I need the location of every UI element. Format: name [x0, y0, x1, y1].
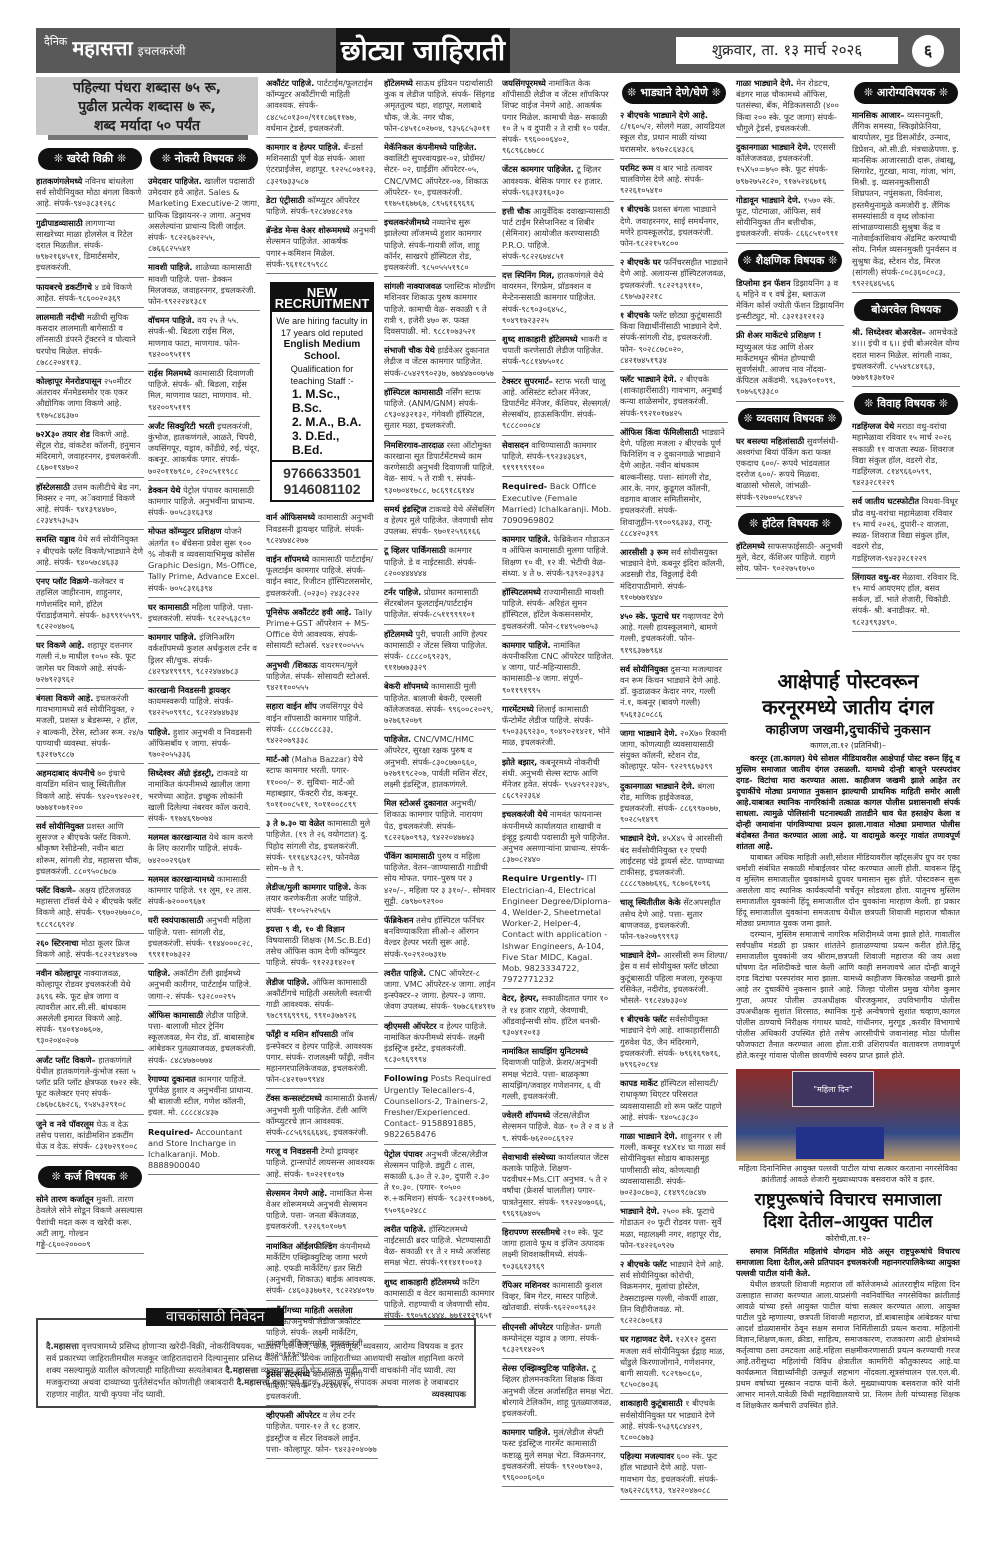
- ad-lead: डिप्लोमा इन फॅशन: [736, 278, 791, 288]
- classified-ad: घरी स्वयंपाकासाठी अनुभवी महिला पाहिजे. प…: [148, 913, 260, 964]
- classified-ad: फायबरचे डकटींगचे ४ डबे विकणे आहेत. संपर्…: [36, 280, 144, 308]
- ad-text: खालील पदासाठी उमेदवार हवे आहेत. Sales & …: [148, 176, 260, 253]
- section-header-shaikshanik: ❊ शैक्षणिक विषयक ❊: [738, 250, 842, 272]
- ad-lead: अनुभवी /शिकाऊ: [266, 660, 318, 670]
- classified-ad: सेल्समन नेमणे आहे. नामांकित मेन्स वेअर श…: [266, 1186, 378, 1237]
- classified-ad: लिंगायत वधु-वर मेळावा. रविवार दि. १५ मार…: [852, 570, 960, 632]
- column-7: गाळा भाड्याने देणे. मेन रोडटच, बंडगर माळ…: [736, 76, 844, 581]
- ad-lead: जुने व नवे पॉवरलूम: [36, 1119, 94, 1129]
- ad-lead: पेट्रोल पंपावर: [384, 1149, 423, 1159]
- ad-lead: वॉचमन पाहिजे.: [148, 315, 195, 325]
- ad-lead: शुध्द शाकाहारी हॉटेलमध्ये: [384, 1277, 460, 1287]
- ad-lead: सर्व सोयीनियुक्त: [620, 664, 668, 674]
- classified-ad: आरसीसी ३ रूम सर्व सोयीसयुक्त भाड्याने दे…: [620, 545, 728, 607]
- classified-ad: पेट्रोल पंपावर अनुभवी जेंटस/लेडीज सेल्सम…: [384, 1147, 496, 1220]
- ad-lead: २ बीएचके घर: [620, 257, 661, 267]
- classified-ad: घर विकणे आहे. शहापूर दत्तनगर गल्ली नं.७ …: [36, 638, 144, 689]
- classified-ad: अर्जंट सिक्युरिटी भरती इचलकरंजी, कुंभोज,…: [148, 419, 260, 481]
- section-header-kharedi: ❊ खरेदी विक्री ❊: [38, 148, 142, 170]
- classified-ad: समर्थ इंडस्ट्रिज टाकवडे येथे अ‍ॅसेंबलिंग…: [384, 502, 496, 542]
- ad-lead: १ बीएचके: [620, 204, 650, 214]
- headline: आक्षेपार्ह पोस्टवरून: [736, 668, 960, 694]
- ad-lead: कामगार व हेल्पर पाहिजे.: [266, 142, 341, 152]
- section-header-bhadyane: ❊ भाड्याने देणे/घेणे ❊: [622, 82, 726, 104]
- ad-lead: टॅक्स कन्सल्टंटमध्ये: [266, 1093, 322, 1103]
- ad-text: भाड्याने देणे. पहिला मजला २ बीएचके पूर्ण…: [620, 427, 725, 538]
- classified-ad: मार्ट-ओ (Maha Bazzar) येथे स्टाफ कामगार …: [266, 752, 378, 814]
- classified-ad: शुध्द शाकाहारी हॉटेलमध्ये भाकरी व चपाती …: [502, 332, 614, 372]
- classified-ad: टेक्स्टर सुपरमार्ट– स्टाफ भरती चालू आहे.…: [502, 374, 614, 436]
- readers-notice: वाचकांसाठी निवेदन दै.महासत्ता वृत्तपत्रा…: [36, 1318, 476, 1408]
- rate-line: पुढील प्रत्येक शब्दास ७ रू,: [36, 98, 258, 117]
- ad-lead: भाड्याने देणे.: [620, 833, 660, 843]
- classified-ad: ऑफिस कामासाठी लेडीज पाहिजे. पत्ता- बालाज…: [148, 1008, 260, 1070]
- ad-lead: लेडीज/मुली कामगार पाहिजे.: [266, 882, 351, 892]
- ad-text: व्यसनमुक्ती, लैंगिक समस्या, स्किझोफ्रेनि…: [852, 110, 959, 288]
- ad-lead: गाळा भाड्याने देणे.: [620, 1131, 678, 1141]
- ad-lead: १ बीएचके फ्लॅट: [620, 1014, 667, 1024]
- headline: करनूरमध्ये जातीय दंगल: [736, 694, 960, 720]
- classified-ad: दुकानगाळा भाड्याने देणे. एएससी कॉलेजजवळ,…: [736, 140, 844, 191]
- ad-lead: दुकानगाळा भाड्याने देणे.: [620, 781, 695, 791]
- ad-lead: सहारा वाईन शॉप: [266, 701, 317, 711]
- ad-lead: सीएनसी ऑपरेटर: [502, 1322, 553, 1332]
- ad-lead: लेडीज पाहिजे.: [266, 977, 309, 987]
- classified-ad: १ बीएचके प्रशस्त बंगला भाड्याने देणे. जव…: [620, 202, 728, 253]
- classified-ad: गाळा भाड्याने देणे. शाहूनगर १ ली गल्ली, …: [620, 1129, 728, 1202]
- ad-lead: घर बसल्या महिलांसाठी: [736, 436, 804, 446]
- ad-lead: लालमाती नदीची: [36, 312, 84, 322]
- column-kharedi-vikri: ❊ खरेदी विक्री ❊ हातकणंगलेमध्ये नविनच बा…: [36, 142, 144, 1256]
- classified-ad: परमिट रूम व बार भाडे तत्वावर चालविणेस दे…: [620, 161, 728, 201]
- classified-ad: इचलकरंजीमध्ये नव्यानेच सुरू झालेल्या लॉज…: [384, 215, 496, 277]
- ad-lead: ७२X३० तयार शेड: [36, 429, 90, 439]
- ad-lead: पूनिसेफ अकौंटटंट हवी आहे.: [266, 607, 352, 617]
- photo-table: [796, 1127, 884, 1159]
- section-header-karja: ❊ कर्ज विषयक ❊: [38, 1166, 142, 1188]
- classified-ad: मावशी पाहिजे. शाळेच्या कामासाठी मावशी पा…: [148, 260, 260, 311]
- ad-lead: कोल्हापूर मेनरोडपासून: [36, 376, 101, 386]
- ad-lead: ऑफिस कामासाठी: [148, 1010, 203, 1020]
- ad-lead: परमिट रूम: [620, 163, 653, 173]
- ad-lead: गारमेंटमध्ये: [502, 704, 534, 714]
- classified-ad: अहमदाबाद कंपनीचे ७० इंचाचे वायडिंग मशिन …: [36, 766, 144, 817]
- ad-lead: पहिल्या मजल्यावर: [620, 1451, 674, 1461]
- classified-ad: ४५० स्के. फूटाचे घर गव्हाणवट देणे आहे. ग…: [620, 609, 728, 660]
- ad-lead: टर्नर पाहिजे.: [384, 587, 421, 597]
- classified-ad: रॅपिअर मशिनवर कामासाठी कुशल विव्हर, बिम …: [502, 1278, 614, 1318]
- brand-name: महासत्ता: [72, 36, 132, 60]
- ad-rate-box: पहिल्या पंधरा शब्दास ७५ रू, पुढील प्रत्य…: [36, 77, 258, 135]
- classified-ad: सिध्देश्वर ॲग्रो इंडस्ट्री, टाकवडे या ना…: [148, 766, 260, 828]
- section-header-vivah: ❊ विवाह विषयक ❊: [854, 393, 958, 415]
- page-title: छोट्या जाहिराती: [336, 28, 516, 73]
- section-header-arogya: ❊ आरोग्यविषयक ❊: [854, 82, 958, 104]
- article-paragraph: याबाबत अधिक माहिती अशी,सोशल मीडियावरील व…: [736, 852, 960, 929]
- classified-ad: हत्ती चौक आयुर्वेदिक दवाखान्यासाठी पार्ट…: [502, 204, 614, 266]
- classified-ad: अनुभवी /शिकाऊ वायरमन/मुले पाहिजेत. संपर्…: [266, 658, 378, 698]
- classified-ad: डेक्कन येथे पेट्रोल पंपावर कामासाठी कामग…: [148, 483, 260, 523]
- classified-ad: वेटर, हेल्पर, सकाळीदतात पगार १० ते १४ हज…: [502, 991, 614, 1042]
- classified-ad: नवीन कोल्हापूर नाक्याजवळ, कोल्हापूर रोडव…: [36, 966, 144, 1050]
- ad-lead: जेंटस कामगार पाहिजेत.: [502, 164, 574, 174]
- ad-lead: एनए प्लॉट विक्रणे: [36, 576, 89, 586]
- classified-ad: Following Posts Required Urgently Teleca…: [384, 1071, 496, 1144]
- classified-ad: हॉटेलमध्ये पुरी, चपाती आणि हेल्पर कामासा…: [384, 627, 496, 678]
- ad-text: कायमस्वरूपी पाहिजे. संपर्क- ९४२२५०९९९८, …: [148, 696, 238, 717]
- classified-ad: दुकानगाळा भाड्याने देणे. बंगला रोड, माणि…: [620, 779, 728, 830]
- ad-text: नामांकित केक शॉपीसाठी लेडीज व जेंटस शॉपक…: [502, 78, 610, 155]
- rate-line: शब्द मर्यादा ५० पर्यंत: [36, 117, 258, 136]
- classified-ad: २ बीएचके भाड्याने देणे आहे. ८/१६०५/२, सो…: [620, 108, 728, 159]
- notice-brand: दै.महासत्ता: [46, 1341, 79, 1351]
- classified-ad: कारखानी निवडसनी ड्रायव्हर कायमस्वरूपी पा…: [148, 683, 260, 723]
- ad-lead: गरजू व निवडसनी: [266, 1146, 318, 1156]
- ad-lead: इचलकरंजीमध्ये: [384, 217, 429, 227]
- classified-ad: लालमाती नदीची मळीची सुपिक कसदार लालमाती …: [36, 310, 144, 372]
- ad-lead: सेवासदन: [502, 440, 529, 450]
- ad-lead: ऑफिस किंवा फॅमिलीसाठी: [620, 427, 699, 437]
- ad-lead: टेक्स्टर सुपरमार्ट–: [502, 376, 553, 386]
- column-3: अकौंटंट पाहिजे. पार्टटाईम/फूलटाईम कॉम्प्…: [266, 76, 378, 1461]
- classified-ad: ऑफिस किंवा फॅमिलीसाठी भाड्याने देणे. पहि…: [620, 425, 728, 543]
- ad-text: ITI Electrician-4, Electrical Engineer D…: [502, 873, 611, 984]
- ad-lead: पॅकिंग कामासाठी: [384, 851, 434, 861]
- ad-lead: सर्व जातीय घटस्फोटीत: [852, 496, 919, 506]
- ad-lead: कारखानी निवडसनी ड्रायव्हर: [148, 685, 230, 695]
- ad-text: क्वालिटी सुपरवायझर-०२, प्रोग्रॅमर/सेटर- …: [384, 153, 488, 208]
- ad-lead: डेक्कन येथे: [148, 485, 181, 495]
- classified-ad: नामांकित ऑईलफील्डिंग कंपनीमध्ये मार्केटि…: [266, 1239, 378, 1301]
- ad-text: म्युच्युअल फंड आणि शेअर मार्केटमधून श्री…: [736, 342, 836, 397]
- qualification: 2. M.A., B.A.: [274, 415, 370, 429]
- classified-ad: कापड मार्केट हॉस्पिटल सोसायटी/ राधाकृष्ण…: [620, 1076, 728, 1127]
- classified-ad: पाहिजे. अकॉटीग टॅली झाईमध्ये अनुभवी कारी…: [148, 966, 260, 1006]
- ad-lead: त्वरीत पाहिजे.: [384, 968, 426, 978]
- classified-ad: श्री. सिध्देश्वर बोअरवेल– आमचेकडे ४।।। इ…: [852, 325, 960, 387]
- column-4: हॉटेलमध्ये साऊथ इंडियन पदार्थासाठी कुक व…: [384, 76, 496, 1328]
- headline: दिशा देतील–आयुक्त पाटील: [736, 1211, 960, 1233]
- ad-lead: हत्ती चौक: [502, 206, 531, 216]
- classified-ad: बंगला विकणे आहे. इचलकरंजी गावभागामध्ये स…: [36, 691, 144, 764]
- classified-ad: सर्व सोयीनियुक्त दुसऱ्या मजल्यावर वन रूम…: [620, 662, 728, 724]
- ad-lead: झोते बझार,: [502, 757, 537, 767]
- ad-lead: Following: [384, 1073, 428, 1083]
- classified-ad: घर बसल्या महिलांसाठी सुवर्णसंधी- अश्वगंध…: [736, 434, 844, 507]
- ad-lead: संभाजी चौक येथे: [384, 345, 435, 355]
- ad-lead: इचलकरंजी येथे: [502, 809, 547, 819]
- classified-ad: ज्वेलरी शॉपमध्ये जेंटस/लेडीज सेल्समन पाह…: [502, 1108, 614, 1148]
- notice-title: वाचकांसाठी निवेदन: [146, 1308, 284, 1326]
- classified-ad: सांगली नाक्याजवळ प्लास्टिक मोल्डींग मशिन…: [384, 279, 496, 341]
- ad-lead: कामगार पाहिजे.: [502, 534, 551, 544]
- classified-ad: बेकरी शॉपमध्ये कामासाठी मुली पाहिजेत. बा…: [384, 679, 496, 730]
- rate-line: पहिल्या पंधरा शब्दास ७५ रू,: [36, 79, 258, 98]
- ad-lead: घरी स्वयंपाकासाठी: [148, 915, 203, 925]
- ad-lead: सिध्देश्वर ॲग्रो इंडस्ट्री,: [148, 768, 214, 778]
- classified-ad: डेटा एंट्रीसाठी कॉम्प्युटर ऑपरेटर पाहिजे…: [266, 193, 378, 221]
- ad-lead: इयत्ता ९ वी, १० वी विज्ञान: [266, 924, 345, 934]
- page-number: ६: [912, 35, 944, 67]
- ad-lead: ४५० स्के. फूटाचे घर: [620, 611, 680, 621]
- classified-ad: कामगार पाहिजे. मुलं/लेडीज सेफ्टी फस्ट इं…: [502, 1425, 614, 1487]
- ad-lead: निमशिरगाव-तारदाळ: [384, 440, 444, 450]
- article-lede: समाज निर्मितीत महिलांचे योगदान मोठे असून…: [736, 1246, 960, 1279]
- column-bhadyane: ❊ भाड्याने देणे/घेणे ❊ २ बीएचके भाड्याने…: [620, 76, 728, 1502]
- classified-ad: ३ ते ७.३० या वेळेत कामासाठी मुले पाहिजेत…: [266, 816, 378, 878]
- phone-number: 9766633501: [272, 465, 372, 481]
- classified-ad: पॅकिंग कामासाठी पुरुष व महिला पाहिजेत. व…: [384, 849, 496, 911]
- classified-ad: रेगाण्या दुकानात कामगार पाहिजे. पूर्णवेळ…: [148, 1072, 260, 1123]
- subheadline: काहीजण जखमी,दुचाकींचे नुकसान: [736, 720, 960, 738]
- classified-ad: हॉस्पिटलमध्ये राज्यामीसाठी मावशी पाहिजे.…: [502, 585, 614, 636]
- column-nokari: ❊ नोकरी विषयक ❊ उमेदवार पाहिजेत. खालील प…: [148, 142, 260, 1177]
- classified-ad: जागा भाड्याने देणे. २०X७० रिकामी जागा, क…: [620, 726, 728, 777]
- ad-lead: वेटर, हेल्पर,: [502, 993, 539, 1003]
- photo-caption: महिला दिनानिमित्त आयुक्त पल्लवी पाटील या…: [736, 1163, 960, 1185]
- classified-ad: पहिल्या मजल्यावर ६०० स्के. फूट हॉल भाड्य…: [620, 1449, 728, 1500]
- ad-lead: लिंगायत वधु-वर: [852, 572, 900, 582]
- newspaper-page: दैनिक महासत्ता इचलकरंजी छोट्या जाहिराती …: [36, 28, 960, 73]
- ad-lead: टू व्हिलर पार्किंगसाठी: [384, 545, 446, 555]
- classified-ad: हॉटेलमध्ये साफसफाईसाठी- अनुभवी मुले, वेट…: [736, 539, 844, 579]
- recruit-line: English Medium School.: [274, 339, 370, 363]
- classified-ad: समस्ति यड्डाव येथे सर्व सोयीनियुक्त २ बी…: [36, 532, 144, 572]
- classified-ad: संभाजी चौक येथे हार्डवेअर दुकानात लेडीज …: [384, 343, 496, 383]
- ad-lead: रेगाण्या दुकानात: [148, 1074, 196, 1084]
- classified-ad: घर कामासाठी महिला पाहिजे. पत्ता- इचलकरंज…: [148, 600, 260, 628]
- ad-lead: हॉस्पिटल कामासाठी: [384, 387, 443, 397]
- qualification: 1. M.Sc., B.Sc.: [274, 387, 370, 415]
- classified-ad: सेवासदन वाचिण्यासाठी कामगार पाहिजे. संपर…: [502, 438, 614, 478]
- classified-ad: गुढीपाडव्यासाठी लागणाऱ्या साखरेच्या माळा…: [36, 216, 144, 278]
- classified-ad: २ बीएचके घर फर्निचरसहीत भाड्याने देणे आह…: [620, 255, 728, 306]
- classified-ad: इयत्ता ९ वी, १० वी विज्ञान विषयासाठी शिक…: [266, 922, 378, 973]
- ad-lead: नामांकित ऑईलफील्डिंग: [266, 1241, 337, 1251]
- classified-ad: सर्व सोयीनियुक्त प्रशस्त आणि सुसज्ज २ बी…: [36, 819, 144, 881]
- classified-ad: गडहिंग्लज येथे मराठा वधु-वरांचा महामेळाव…: [852, 419, 960, 492]
- ad-lead: सेवाभावी संस्थेच्या: [502, 1152, 556, 1162]
- ad-lead: त्वरीत पाहिजे.: [384, 1224, 426, 1234]
- classified-ad: चालू स्थितीतील केके सेंटअपसहीत तसेच देणे…: [620, 895, 728, 946]
- classified-ad: मेकॅनिकल कंपनीमध्ये पाहिजेत. क्वालिटी सु…: [384, 140, 496, 213]
- ad-lead: वार्न ऑफिसमध्ये: [266, 512, 315, 522]
- ad-lead: मलमल कारखान्यात: [148, 832, 206, 842]
- classified-ad: मानसिक आजार– व्यसनमुक्ती, लैंगिक समस्या,…: [852, 108, 960, 293]
- classified-ad: हातकणंगलेमध्ये नविनच बांधलेला सर्व सोयीन…: [36, 174, 144, 214]
- classified-ad: निमशिरगाव-तारदाळ रस्ता ऑटोमुक्त कारखाना …: [384, 438, 496, 500]
- classified-ad: फ्लॅट भाड्याने देणे. २ बीएचके (शाकाहारीं…: [620, 372, 728, 423]
- classified-ad: गरजू व निवडसनी टेम्पो ड्रायव्हर पाहिजे. …: [266, 1144, 378, 1184]
- section-header-borewell: बोअरवेल विषयक: [854, 299, 958, 321]
- classified-ad: जेंटस कामगार पाहिजेत. टू व्हिलर आवश्यक. …: [502, 162, 614, 202]
- ad-lead: ३ ते ७.३० या वेळेत: [266, 818, 325, 828]
- ad-lead: चालू स्थितीतील केके: [620, 897, 681, 907]
- ad-lead: मोफत कॉम्प्युटर प्रशिक्षण: [148, 526, 222, 536]
- classified-ad: पूनिसेफ अकौंटटंट हवी आहे. Tally Prime+GS…: [266, 605, 378, 656]
- classified-ad: टू व्हिलर पार्किंगसाठी कामगार पाहिजे. डे…: [384, 543, 496, 583]
- classified-ad: हॉटेलमध्ये साऊथ इंडियन पदार्थासाठी कुक व…: [384, 76, 496, 138]
- classified-ad: डिप्लोमा इन फॅशन डिझायनिंग ३ व ६ महिने व…: [736, 276, 844, 327]
- ad-lead: ज्वेलरी शॉपमध्ये: [502, 1110, 550, 1120]
- dateline: कागल,ता.१२ (प्रतिनिधी)–: [736, 740, 960, 751]
- ad-text: विषयासाठी शिक्षक (M.Sc.B.Ed) तसेच ऑफिस क…: [266, 935, 371, 967]
- classified-ad: १ बीएचके फ्लॅट छोट्या कुटूंबासाठी किंवा …: [620, 308, 728, 370]
- ad-lead: Required-: [148, 1127, 193, 1137]
- classified-ad: जुने व नवे पॉवरलूम घेऊ व देऊ तसेच पत्तार…: [36, 1117, 144, 1157]
- classified-ad: फ्री शेअर मार्केटचे प्रशिक्षण ! म्युच्यु…: [736, 328, 844, 401]
- ad-lead: व्हीएमसी ऑपरेटर: [384, 1021, 437, 1031]
- classified-ad: हॉस्टेलसाठी उत्तम कलीटीचे बेड नग, मिक्सर…: [36, 480, 144, 531]
- article-paragraph: दरम्यान, मुस्लिम समाजाचे नागरिक मशिदीमध्…: [736, 929, 960, 1061]
- ad-lead: फ्री शेअर मार्केटचे प्रशिक्षण !: [736, 330, 822, 340]
- classified-ad: सर्व जातीय घटस्फोटीत विधवा-विधूर प्रौढ व…: [852, 494, 960, 567]
- brand-city: इचलकरंजी: [138, 44, 186, 58]
- ad-lead: घर कामासाठी: [148, 602, 189, 612]
- ad-lead: जयसिंगपूरमध्ये: [502, 78, 546, 88]
- phone-number: 9146081102: [272, 481, 372, 497]
- classified-ad: अकौंटंट पाहिजे. पार्टटाईम/फूलटाईम कॉम्प्…: [266, 76, 378, 138]
- recruit-phones: 9766633501 9146081102: [272, 460, 372, 500]
- ad-lead: घर गहाणवट देणे.: [620, 1334, 673, 1344]
- classified-ad: हिरापण्ण सरस्तीमधे २१० स्के. फूट जागा हा…: [502, 1225, 614, 1276]
- recruit-line: We are hiring faculty in: [274, 315, 370, 327]
- classified-ad: सोने तारण कर्जातून मुक्ती. तारण ठेवलेले …: [36, 1192, 144, 1254]
- ad-lead: २ बीएचके भाड्याने देणे आहे.: [620, 110, 708, 120]
- classified-ad: Require Urgently- ITI Electrician-4, Ele…: [502, 871, 614, 989]
- issue-date: शुक्रवार, ता. १३ मार्च २०२६: [676, 37, 898, 64]
- classified-ad: भाड्याने देणे. २५०० स्के. फूटाचे गोडाऊन …: [620, 1204, 728, 1255]
- classified-ad: कामगार पाहिजे. फेब्रिकेशन गोडाऊन व ऑफिस …: [502, 532, 614, 583]
- section-header-hotel: ❊ हॉटेल विषयक ❊: [738, 513, 842, 535]
- classified-ad: अर्जंट प्लॉट विकणे– हातकणंगले येथील हातक…: [36, 1053, 144, 1115]
- classified-ad: २ बीएचके फ्लॅट भाड्याने देणे आहे. सर्व स…: [620, 1257, 728, 1330]
- ad-lead: श्री. सिध्देश्वर बोअरवेल–: [852, 327, 926, 337]
- ad-lead: फॅब्रिकेशन: [384, 915, 414, 925]
- ad-lead: हिरापण्ण सरस्तीमधे: [502, 1227, 560, 1237]
- ad-lead: अहमदाबाद कंपनीचे: [36, 768, 95, 778]
- classified-ad: लेडीज पाहिजे. ऑफिस कामासाठी अकौंटींगचे म…: [266, 975, 378, 1026]
- classified-ad: कामगार व हेल्पर पाहिजे. बँन्डर्सा मशिनसा…: [266, 140, 378, 191]
- classified-ad: गाळा भाड्याने देणे. मेन रोडटच, बंडगर माळ…: [736, 76, 844, 138]
- classified-ad: वॉचमन पाहिजे. वय २५ ते ५५. संपर्क-श्री. …: [148, 313, 260, 364]
- classified-ad: घर गहाणवट देणे. १२X१२ दुसरा मजला सर्व सो…: [620, 1332, 728, 1394]
- photo-banner: "महिला दिन": [792, 1071, 874, 1107]
- classified-ad: सहारा वाईन शॉप जयसिंगपूर येथे वाईन शॉपसा…: [266, 699, 378, 750]
- ad-lead: भाड्याने देणे–: [620, 950, 661, 960]
- recruit-heading: NEW RECRUITMENT: [272, 284, 372, 312]
- ad-lead: पाहिजेत.: [384, 734, 411, 744]
- classified-ad: गोडावून भाड्याने देणे. १५७० स्के. फूट, प…: [736, 193, 844, 244]
- ad-lead: अर्जंट सिक्युरिटी भरती: [148, 421, 215, 431]
- ad-lead: गडहिंग्लज येथे: [852, 421, 894, 431]
- ad-lead: हॉस्पिटलमध्ये: [502, 587, 541, 597]
- classified-ad: झोते बझार, कबनूरमध्ये नोकरीची संधी. अनुभ…: [502, 755, 614, 806]
- ad-lead: बेकरी शॉपमध्ये: [384, 681, 428, 691]
- ad-lead: व्हीएफसी ऑपरेटर: [266, 1410, 320, 1420]
- classified-ad: कामगार पाहिजे. नामांकित कंपनीकरिता CNC ऑ…: [502, 638, 614, 700]
- newspaper-brand: दैनिक महासत्ता इचलकरंजी: [44, 34, 186, 61]
- ad-lead: नवीन कोल्हापूर: [36, 968, 81, 978]
- ad-text: दिवाणजी पाहिजे. फ्रेशर/अनुभवी समक्ष भेटा…: [502, 1057, 600, 1101]
- classified-ad: टर्नर पाहिजे. प्रोग्रामर कामासाठी सेंटरब…: [384, 585, 496, 625]
- ad-lead: मलमल कारखान्यामध्ये: [148, 874, 214, 884]
- ad-lead: सेल्स एक्झिक्युटिव्ह पाहिजेत.: [502, 1363, 589, 1373]
- event-photo: "महिला दिन": [736, 1069, 960, 1161]
- classified-ad: गारमेंटमध्ये शिलाई कामासाठी फॅन्टोमेंट ल…: [502, 702, 614, 753]
- classified-ad: २६० स्टिरनाचा मोठा कूलर फ्रिज विकणे आहे.…: [36, 936, 144, 964]
- classified-ad: फॅब्रिकेशन तसेच हॉस्पिटल फर्निचर बनविण्य…: [384, 913, 496, 964]
- ad-lead: अकौंटंट पाहिजे.: [266, 78, 314, 88]
- ad-lead: पाहिजे.: [148, 968, 170, 978]
- column-8: ❊ आरोग्यविषयक ❊ मानसिक आजार– व्यसनमुक्ती…: [852, 76, 960, 634]
- classified-ad: Required- Accountant and Store Incharge …: [148, 1125, 260, 1176]
- ad-lead: शुध्द शाकाहारी हॉटेलमध्ये: [502, 334, 578, 344]
- recruit-line: Qualification for teaching Staff :-: [274, 363, 370, 387]
- ad-lead: सांगली नाक्याजवळ: [384, 281, 442, 291]
- ad-lead: फ्लॅट भाड्याने देणे.: [620, 374, 677, 384]
- ad-text: नाक्याजवळ, कोल्हापूर रोडवर इचलकरंजी येथे…: [36, 968, 131, 1045]
- classified-ad: पाहिजे. हुशार अनुभवी व निवडसनी ऑफिसबॉय १…: [148, 725, 260, 765]
- classified-ad: नामांकित सायझिंग युनिटमध्ये दिवाणजी पाहि…: [502, 1044, 614, 1106]
- classified-ad: लेडीज/मुली कामगार पाहिजे. केक तयार करणेक…: [266, 880, 378, 920]
- ad-lead: फ्लॅट विकणे–: [36, 885, 76, 895]
- classified-ad: एनए प्लॉट विक्रणे–कलेक्टर व तहसिल जाहीरन…: [36, 574, 144, 636]
- ad-lead: सेल्समन नेमणे आहे.: [266, 1188, 327, 1198]
- ad-lead: गुढीपाडव्यासाठी: [36, 218, 83, 228]
- ad-lead: ब्रॅन्डेड मेन्स वेअर शोरूममध्ये: [266, 225, 350, 235]
- classified-ad: भाड्याने देणे– आरसीसी रूम शिल्पा/ड्रेस व…: [620, 948, 728, 1010]
- ad-lead: डेटा एंट्रीसाठी: [266, 195, 305, 205]
- classified-ad: इचलकरंजी येथे नामवंत फायनान्स कंपनीमध्ये…: [502, 807, 614, 869]
- classified-ad: मलमल कारखान्यात येथे काम करणे के लिए कार…: [148, 830, 260, 870]
- ad-lead: उमेदवार पाहिजेत.: [148, 176, 202, 186]
- ad-lead: जागा भाड्याने देणे.: [620, 728, 677, 738]
- news-article-karnur: आक्षेपार्ह पोस्टवरून करनूरमध्ये जातीय दं…: [736, 668, 960, 1411]
- dateline: कोरोची,ता.१२–: [736, 1233, 960, 1244]
- ad-lead: वाईन शॉपमध्ये: [266, 554, 309, 564]
- classified-ad: मिल स्टोअर्स दुकानात अनुभवी/ शिकाऊ कामगा…: [384, 796, 496, 847]
- classified-ad: टॅक्स कन्सल्टंटमध्ये कामासाठी फ्रेशर्स/अ…: [266, 1091, 378, 1142]
- ad-lead: राईस मिलमध्ये: [148, 368, 191, 378]
- ad-lead: गाळा भाड्याने देणे.: [736, 78, 794, 88]
- ad-lead: २६० स्टिरनाचा: [36, 938, 78, 948]
- recruitment-ad: NEW RECRUITMENT We are hiring faculty in…: [270, 282, 374, 502]
- ad-lead: पाहिजे.: [148, 727, 170, 737]
- classified-ad: उमेदवार पाहिजेत. खालील पदासाठी उमेदवार ह…: [148, 174, 260, 258]
- masthead: दैनिक महासत्ता इचलकरंजी छोट्या जाहिराती …: [36, 28, 960, 73]
- recruit-body: We are hiring faculty in 17 years old re…: [272, 312, 372, 460]
- ad-lead: दत्त स्पिनिंग मिल,: [502, 270, 555, 280]
- ad-lead: Require Urgently-: [502, 873, 584, 883]
- ad-lead: शाकाहारी कुटूंबासाठी: [620, 1398, 683, 1408]
- classified-ad: जयसिंगपूरमध्ये नामांकित केक शॉपीसाठी लेड…: [502, 76, 614, 160]
- classified-ad: १ बीएचके फ्लॅट सर्वसोयीयुक्त भाड्याने दे…: [620, 1012, 728, 1074]
- ad-lead: हॉस्टेलसाठी: [36, 482, 70, 492]
- classified-ad: सेल्स एक्झिक्युटिव्ह पाहिजेत. टू व्हिलर …: [502, 1361, 614, 1423]
- classified-ad: पाहिजेत. CNC/VMC/HMC ऑपरेटर, सुरक्षा रक्…: [384, 732, 496, 794]
- ad-lead: सर्व सोयीनियुक्त: [36, 821, 84, 831]
- classified-ad: मलमल कारखान्यामध्ये कामासाठी कामगार पाहि…: [148, 872, 260, 912]
- ad-lead: अर्जंट प्लॉट विकणे–: [36, 1055, 96, 1065]
- ad-lead: कामगार पाहिजे.: [502, 640, 551, 650]
- classified-ad: ब्रॅन्डेड मेन्स वेअर शोरूममध्ये अनुभवी स…: [266, 223, 378, 274]
- classified-ad: हॉस्पिटल कामासाठी नर्सिंग स्टाफ पाहिजे. …: [384, 385, 496, 436]
- classified-ad: Required- Back Office Executive (Female …: [502, 479, 614, 530]
- section-header-vyavasay: ❊ व्यवसाय विषयक ❊: [738, 408, 842, 430]
- ad-lead: दुकानगाळा भाड्याने देणे.: [736, 142, 811, 152]
- classified-ad: शाकाहारी कुटूंबासाठी १ बीएचके सर्वसोयीनि…: [620, 1396, 728, 1447]
